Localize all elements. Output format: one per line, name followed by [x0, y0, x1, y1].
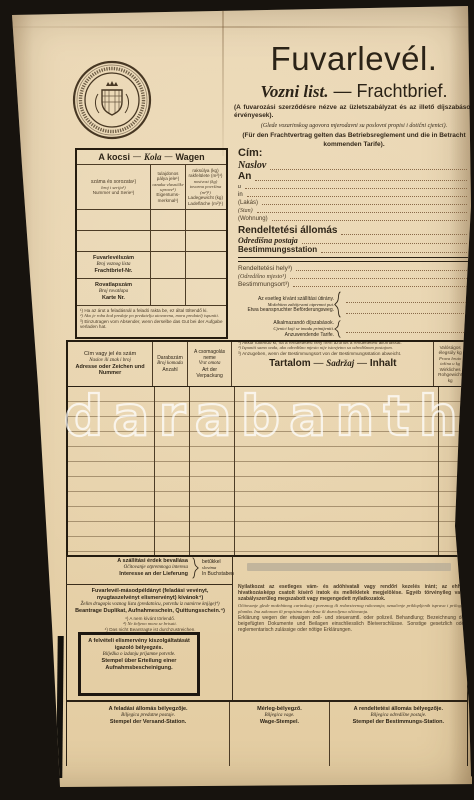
freight-bill-page: Fuvarlevél. Vozni list. — Frachtbrief. (… [10, 6, 472, 792]
interest-label-de: Interesse an der Lieferung [72, 571, 188, 578]
destination-station-de: Bestimmungsstation [238, 245, 317, 255]
unit-label-de: In Buchstaben [202, 571, 246, 577]
wagon-col-number: száma és sorozata¹) broj i serija¹) Numm… [77, 165, 151, 209]
wagon-empty-row [77, 231, 226, 252]
write-in-line [257, 206, 467, 213]
tariffs-label-de: Anzuwendende Tarife. [238, 332, 334, 338]
receipt-label-hu: A felvételi elismervény kiszolgáltatását… [85, 638, 193, 652]
col-label-hu: raksúlya (kg) rakfelülete (m²)¹) [187, 168, 224, 179]
stamp-label-de: Stempel der Versand-Station. [67, 719, 229, 726]
shaded-fill-strip [247, 563, 451, 571]
col-label-de: Eigentums-merkmal¹) [152, 192, 184, 203]
row-label-de: Karte Nr. [77, 295, 150, 302]
write-in-line [293, 280, 467, 287]
stamp-label-hu: A feladási állomás bélyegzője. [67, 706, 229, 713]
write-in-line [341, 228, 467, 235]
wagon-col-loadweight: raksúlya (kg) rakfelülete (m²)¹) nosivos… [186, 165, 225, 209]
paper-crease [10, 26, 472, 28]
col-label-hu: Valóságos élegsúly kg [435, 345, 465, 356]
duplicate-label-de: Beantrage Duplikat, Aufnahmeschein, Quit… [70, 608, 230, 615]
railway-seal-icon [70, 58, 154, 142]
tariffs-block: Alkalmazandó díjszabások. Cjenici koji s… [238, 320, 468, 338]
declaration-hr: Očitovanje glede možebitnog carinskog i … [238, 603, 466, 614]
write-in-line [270, 163, 467, 170]
write-in-line [245, 182, 467, 189]
double-rule [238, 257, 468, 262]
addressee-label-hu: Cím: [238, 147, 262, 160]
wagon-table-title: A kocsi — Kola — Wagen [77, 150, 226, 165]
empty-cell [77, 231, 151, 251]
destination-station-stamp-cell: A rendeltetési állomás bélyegzője. Bilje… [330, 702, 467, 766]
forwarding-station-stamp-cell: A feladási állomás bélyegzője. Biljegica… [67, 702, 230, 766]
footnote: ³) Einzutragen vom Absender, wenn dersel… [80, 319, 223, 330]
place-prefix-de: in [238, 192, 243, 200]
address-block: Cím: Naslov An u in (Lakás) (Stan) (Wohn… [238, 147, 468, 356]
empty-cell [186, 231, 225, 251]
empty-cell [151, 279, 186, 305]
col-label-hr: nosivost (kg) tovarna površina (m²)¹) [187, 179, 224, 195]
karte-number-row: Rovatlapszám Broj rovatlapa Karte Nr. [77, 279, 226, 306]
col-label-hu: tulajdonos pálya jele¹) [152, 171, 184, 182]
page-fold-mark [56, 636, 63, 778]
write-in-line [321, 246, 467, 253]
route-label-de: Etwa beanspruchter Beförderungsweg. [238, 307, 334, 313]
scale-stamp-cell: Mérleg-bélyegző. Biljegica vage. Wage-St… [230, 702, 330, 766]
col-label-hu: A csomagolás neme [189, 349, 231, 361]
section-divider [66, 584, 232, 585]
col-address-marks: Cím vagy jel és szám Naslov ili znak i b… [68, 342, 153, 386]
goods-table-header: Cím vagy jel és szám Naslov ili znak i b… [68, 342, 466, 387]
subtitle-german: Frachtbrief. [357, 81, 448, 101]
subtitle-separator: — [334, 81, 352, 101]
separator: — [133, 152, 141, 162]
residence-label-hr: (Stan) [238, 208, 253, 216]
paper-crease [222, 6, 224, 156]
row-label-hu: Rovatlapszám [77, 282, 150, 289]
brace-icon [191, 557, 199, 579]
wagon-empty-row [77, 210, 226, 231]
row-label-de: Frachtbrief-Nr. [77, 268, 150, 275]
col-label-hr: Prava bruto težina u kg [435, 356, 465, 367]
write-in-line [262, 198, 467, 205]
empty-cell [186, 279, 225, 305]
duplicate-request-block: Fuvarlevél-másodpéldányt (feladási vevén… [70, 588, 230, 632]
write-in-line [247, 190, 467, 197]
customs-declaration-block: Nyilatkozat az esetleges vám- és adóhiva… [238, 584, 466, 633]
page-title: Fuvarlevél. [234, 40, 474, 78]
column-divider [234, 387, 235, 555]
write-in-line [346, 295, 468, 303]
brace-icon [334, 320, 342, 338]
goods-table-body [68, 387, 466, 555]
wagon-table-header: száma és sorozata¹) broj i serija¹) Numm… [77, 165, 226, 210]
station-stamp-row: A feladási állomás bélyegzője. Biljegica… [66, 702, 468, 766]
wagon-title-hu: A kocsi [98, 152, 130, 162]
col-label-de: Adresse oder Zeichen und Nummer [69, 364, 151, 378]
empty-cell [151, 231, 186, 251]
receipt-stamp-box: A felvételi elismervény kiszolgáltatását… [78, 632, 200, 696]
frachtbrief-number-row: Fuvarlevélszám Broj voznog lista Frachtb… [77, 252, 226, 279]
receipt-label-de: Stempel über Erteilung einer Aufnahmsbes… [85, 658, 193, 672]
destination-place-de: Bestimmungsort³) [238, 281, 289, 289]
header-note-hr: (Glede vozarinskog ugovora mjerodavni su… [234, 123, 474, 131]
duplicate-label-hr: Želim drugopis voznog lista (predatnicu,… [70, 602, 230, 608]
separator: — [313, 358, 323, 369]
wagon-col-owner: tulajdonos pálya jele¹) oznaka vlasničke… [151, 165, 186, 209]
residence-label-de: (Wohnung) [238, 216, 268, 224]
empty-cell [186, 252, 225, 278]
empty-cell [151, 252, 186, 278]
col-label-de: Nummer und Serie¹) [78, 190, 149, 195]
col-label-de: Wirkliches Rohgewicht kg [435, 367, 465, 383]
write-in-line [296, 264, 467, 271]
wagon-details-table: A kocsi — Kola — Wagen száma és sorozata… [75, 148, 228, 339]
contents-label-hr: Sadržaj [326, 358, 354, 368]
declared-interest-block: A szállítási érdek bevallása Očitovanje … [72, 558, 188, 578]
column-divider [438, 387, 439, 555]
write-in-line [302, 237, 467, 244]
interest-amount-unit: betűkkel slovima In Buchstaben [202, 559, 246, 577]
row-label: Fuvarlevélszám Broj voznog lista Frachtb… [77, 252, 151, 278]
empty-cell [77, 210, 151, 230]
contents-label-de: Inhalt [370, 358, 397, 369]
contents-label-hu: Tartalom [269, 358, 311, 369]
duplicate-label-hu: Fuvarlevél-másodpéldányt (feladási vevén… [70, 588, 230, 602]
col-label-hu: Cím vagy jel és szám [69, 351, 151, 358]
place-prefix-hr: u [238, 184, 241, 192]
col-piece-count: Darabszám Broj komada Anzahl [153, 342, 188, 386]
col-label-de: Ladegewicht (kg) Ladefläche (m²)¹) [187, 195, 224, 206]
wagon-title-de: Wagen [176, 152, 205, 162]
destination-place-hu: Rendeltetési hely³) [238, 265, 292, 273]
stamp-label-de: Stempel der Bestimmungs-Station. [330, 719, 467, 726]
column-divider [154, 387, 155, 555]
separator: — [357, 358, 367, 369]
empty-cell [151, 210, 186, 230]
declaration-de: Erklärung wegen der etwaigen zoll- und s… [238, 615, 466, 633]
write-in-line [346, 306, 468, 314]
interest-label-hu: A szállítási érdek bevallása [72, 558, 188, 565]
subtitle-croatian: Vozni list. [260, 82, 328, 101]
col-label-hr: oznaka vlasničke uprave¹) [152, 182, 184, 193]
stamp-label-de: Wage-Stempel. [230, 719, 329, 726]
row-label: Rovatlapszám Broj rovatlapa Karte Nr. [77, 279, 151, 305]
wagon-table-footnotes: ¹) Ha az árut a feladásnál a feladó rakt… [77, 306, 226, 337]
write-in-line [255, 174, 467, 181]
header-note-hu: (A fuvarozási szerződésre nézve az üzlet… [234, 104, 474, 121]
form-header: Fuvarlevél. Vozni list. — Frachtbrief. (… [234, 40, 474, 149]
separator: — [165, 152, 173, 162]
col-contents: Tartalom — Sadržaj — Inhalt [232, 342, 434, 386]
stamp-label-hu: Mérleg-bélyegző. [230, 706, 329, 713]
write-in-line [272, 214, 467, 221]
col-gross-weight: Valóságos élegsúly kg Prava bruto težina… [434, 342, 466, 386]
col-label-de: Anzahl [154, 367, 186, 373]
declaration-hu: Nyilatkozat az esetleges vám- és adóhiva… [238, 584, 466, 602]
empty-cell [186, 210, 225, 230]
stamp-label-hu: A rendeltetési állomás bélyegzője. [330, 706, 467, 713]
wagon-title-hr: Kola [144, 152, 162, 162]
brace-icon [334, 291, 342, 318]
route-request-block: Az esetleg kívánt szállítási útirány. Mo… [238, 291, 468, 318]
write-in-line [346, 325, 468, 333]
residence-label-hu: (Lakás) [238, 200, 258, 208]
page-subtitle: Vozni list. — Frachtbrief. [234, 81, 474, 102]
col-packaging: A csomagolás neme Vrst omota Art der Ver… [188, 342, 233, 386]
row-label-hu: Fuvarlevélszám [77, 255, 150, 262]
col-label-de: Art der Verpackung [189, 367, 231, 379]
write-in-line [290, 272, 467, 279]
vertical-divider [232, 556, 233, 700]
goods-table: Cím vagy jel és szám Naslov ili znak i b… [66, 340, 468, 557]
column-divider [189, 387, 190, 555]
